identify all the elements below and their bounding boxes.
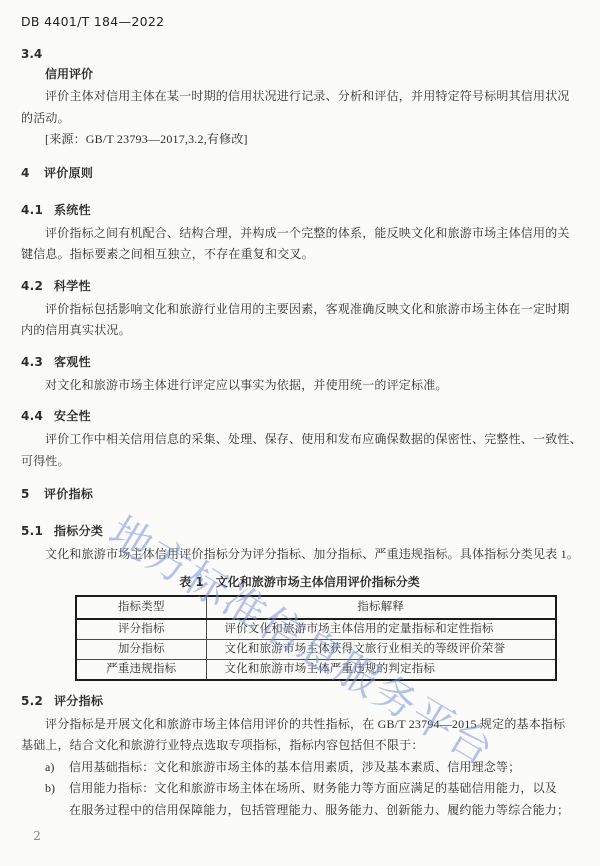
clause-number: 4.3 <box>21 354 45 371</box>
term-definition: 评价主体对信用主体在某一时期的信用状况进行记录、分析和评估，并用特定符号标明其信… <box>21 86 578 129</box>
text-line: 信用基础指标：文化和旅游市场主体的基本信用素质，涉及基本素质、信用理念等； <box>69 757 578 779</box>
clause-title: 系统性 <box>54 203 91 217</box>
clause-number: 4.1 <box>21 202 45 219</box>
paragraph-4-3: 对文化和旅游市场主体进行评定应以事实为依据，并使用统一的评定标准。 <box>21 375 578 397</box>
table-caption: 表 1 文化和旅游市场主体信用评价指标分类 <box>21 574 578 590</box>
table-header-row: 指标类型 指标解释 <box>76 596 556 619</box>
heading-clause-5-2: 5.2评分指标 <box>21 693 578 710</box>
heading-clause-4-1: 4.1系统性 <box>21 202 578 219</box>
table-row: 评分指标 评价文化和旅游市场主体信用的定量指标和定性指标 <box>76 619 556 640</box>
list-item-body: 信用能力指标：文化和旅游市场主体在场所、财务能力等方面应满足的基础信用能力，以及… <box>69 778 578 821</box>
heading-clause-4: 4评价原则 <box>21 165 578 182</box>
heading-clause-5-1: 5.1指标分类 <box>21 523 578 540</box>
text-line: 评价指标之间有机配合、结构合理，并构成一个完整的体系，能反映文化和旅游市场主体信… <box>21 223 578 245</box>
list-item-a: a) 信用基础指标：文化和旅游市场主体的基本信用素质，涉及基本素质、信用理念等； <box>21 757 578 779</box>
heading-clause-4-2: 4.2科学性 <box>21 278 578 295</box>
table-cell-indicator-type: 严重违规指标 <box>76 659 206 680</box>
table-header-cell: 指标解释 <box>206 596 556 619</box>
clause-number: 4.2 <box>21 278 45 295</box>
list-marker: b) <box>45 778 69 800</box>
text-line: 信用能力指标：文化和旅游市场主体在场所、财务能力等方面应满足的基础信用能力，以及 <box>69 778 578 800</box>
text-line: 可得性。 <box>21 451 578 473</box>
list-item-body: 信用基础指标：文化和旅游市场主体的基本信用素质，涉及基本素质、信用理念等； <box>69 757 578 779</box>
page-number: 2 <box>33 828 41 843</box>
table-cell-indicator-type: 评分指标 <box>76 619 206 640</box>
paragraph-5-2: 评分指标是开展文化和旅游市场主体信用评价的共性指标，在 GB/T 23794—2… <box>21 714 578 757</box>
text-line: 对文化和旅游市场主体进行评定应以事实为依据，并使用统一的评定标准。 <box>21 375 578 397</box>
paragraph-4-4: 评价工作中相关信用信息的采集、处理、保存、使用和发布应确保数据的保密性、完整性、… <box>21 429 578 472</box>
text-line: 评价工作中相关信用信息的采集、处理、保存、使用和发布应确保数据的保密性、完整性、… <box>21 429 578 451</box>
heading-clause-5: 5评价指标 <box>21 486 578 503</box>
clause-title: 科学性 <box>54 279 91 293</box>
paragraph-5-1: 文化和旅游市场主体信用评价指标分为评分指标、加分指标、严重违规指标。具体指标分类… <box>21 544 578 566</box>
clause-title: 评价原则 <box>44 166 93 180</box>
heading-clause-4-4: 4.4安全性 <box>21 408 578 425</box>
text-line: 评价指标包括影响文化和旅游行业信用的主要因素，客观准确反映文化和旅游市场主体在一… <box>21 299 578 321</box>
paragraph-4-2: 评价指标包括影响文化和旅游行业信用的主要因素，客观准确反映文化和旅游市场主体在一… <box>21 299 578 342</box>
table-cell-indicator-type: 加分指标 <box>76 639 206 659</box>
term-section: 3.4 信用评价 评价主体对信用主体在某一时期的信用状况进行记录、分析和评估，并… <box>21 46 578 151</box>
clause-title: 评价指标 <box>44 487 93 501</box>
text-line: 基础上，结合文化和旅游行业特点选取专项指标，指标内容包括但不限于： <box>21 735 578 757</box>
table-header-cell: 指标类型 <box>76 596 206 619</box>
clause-number: 5.1 <box>21 523 45 540</box>
table-row: 加分指标 文化和旅游市场主体获得文旅行业相关的等级评价荣誉 <box>76 639 556 659</box>
clause-number: 4 <box>21 165 35 182</box>
clause-number: 4.4 <box>21 408 45 425</box>
table-cell-indicator-desc: 文化和旅游市场主体获得文旅行业相关的等级评价荣誉 <box>206 639 556 659</box>
definition-line: 评价主体对信用主体在某一时期的信用状况进行记录、分析和评估，并用特定符号标明其信… <box>21 86 578 108</box>
table-row: 严重违规指标 文化和旅游市场主体严重违规的判定指标 <box>76 659 556 680</box>
text-line: 文化和旅游市场主体信用评价指标分为评分指标、加分指标、严重违规指标。具体指标分类… <box>21 544 578 566</box>
list-marker: a) <box>45 757 69 779</box>
term-name: 信用评价 <box>21 66 578 82</box>
text-line: 在服务过程中的信用保障能力，包括管理能力、服务能力、创新能力、履约能力等综合能力… <box>69 800 578 822</box>
clause-title: 客观性 <box>54 355 91 369</box>
paragraph-4-1: 评价指标之间有机配合、结构合理，并构成一个完整的体系，能反映文化和旅游市场主体信… <box>21 223 578 266</box>
text-line: 键信息。指标要素之间相互独立，不存在重复和交叉。 <box>21 244 578 266</box>
clause-title: 评分指标 <box>54 694 103 708</box>
table-cell-indicator-desc: 评价文化和旅游市场主体信用的定量指标和定性指标 <box>206 619 556 640</box>
document-page: DB 4401/T 184—2022 3.4 信用评价 评价主体对信用主体在某一… <box>0 0 600 866</box>
heading-clause-4-3: 4.3客观性 <box>21 354 578 371</box>
indicator-classification-table: 指标类型 指标解释 评分指标 评价文化和旅游市场主体信用的定量指标和定性指标 加… <box>75 595 557 681</box>
source-note: [来源：GB/T 23793—2017,3.2,有修改] <box>21 129 578 151</box>
list-item-b: b) 信用能力指标：文化和旅游市场主体在场所、财务能力等方面应满足的基础信用能力… <box>21 778 578 821</box>
standard-code-header: DB 4401/T 184—2022 <box>21 14 578 30</box>
table-cell-indicator-desc: 文化和旅游市场主体严重违规的判定指标 <box>206 659 556 680</box>
clause-number: 5 <box>21 486 35 503</box>
definition-line: 的活动。 <box>21 108 578 130</box>
clause-title: 安全性 <box>54 409 91 423</box>
term-number: 3.4 <box>21 46 578 62</box>
text-line: 内的信用真实状况。 <box>21 320 578 342</box>
clause-title: 指标分类 <box>54 524 103 538</box>
clause-number: 5.2 <box>21 693 45 710</box>
text-line: 评分指标是开展文化和旅游市场主体信用评价的共性指标，在 GB/T 23794—2… <box>21 714 578 736</box>
